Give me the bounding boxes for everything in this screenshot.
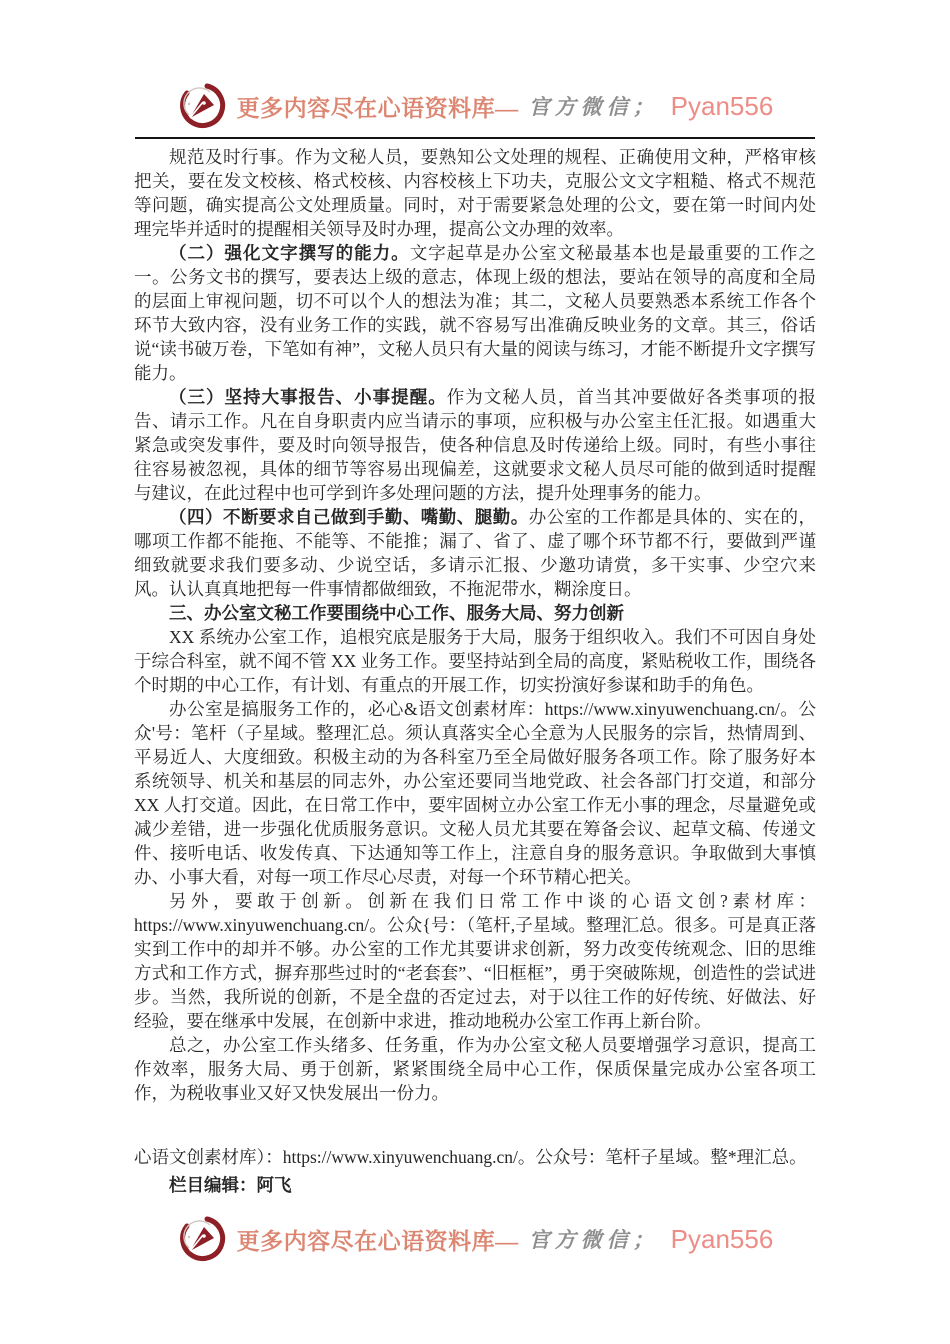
header-divider xyxy=(135,137,815,139)
paragraph: （四）不断要求自己做到手勤、嘴勤、腿勤。办公室的工作都是具体的、实在的，哪项工作… xyxy=(134,505,816,601)
banner-wechat-id: Pyan556 xyxy=(671,1224,774,1255)
pen-swirl-logo-icon xyxy=(177,1214,227,1264)
paragraph: 心语文创素材库）：https://www.xinyuwenchuang.cn/。… xyxy=(134,1145,816,1169)
paragraph: 栏目编辑：阿飞 xyxy=(134,1173,816,1197)
banner-wechat-label: 官方微信； xyxy=(529,91,659,121)
paragraph: 另外，要敢于创新。创新在我们日常工作中谈的心语文创?素材库：https://ww… xyxy=(134,889,816,1033)
section-heading: 三、办公室文秘工作要围绕中心工作、服务大局、努力创新 xyxy=(134,601,816,625)
paragraph: （三）坚持大事报告、小事提醒。作为文秘人员，首当其冲要做好各类事项的报告、请示工… xyxy=(134,385,816,505)
paragraph-lead: （二）强化文字撰写的能力。 xyxy=(169,243,410,263)
paragraph: （二）强化文字撰写的能力。文字起草是办公室文秘最基本也是最重要的工作之一。公务文… xyxy=(134,241,816,385)
banner-wechat-label: 官方微信； xyxy=(529,1224,659,1254)
paragraph: 规范及时行事。作为文秘人员，要熟知公文处理的规程、正确使用文种，严格审核把关，要… xyxy=(134,145,816,241)
banner-slogan: 更多内容尽在心语资料库— xyxy=(237,90,519,123)
paragraph-lead: （四）不断要求自己做到手勤、嘴勤、腿勤。 xyxy=(169,507,529,527)
pen-swirl-logo-icon xyxy=(177,81,227,131)
paragraph-lead: （三）坚持大事报告、小事提醒。 xyxy=(169,387,447,407)
paragraph: XX 系统办公室工作，追根究底是服务于大局，服务于组织收入。我们不可因自身处于综… xyxy=(134,625,816,697)
document-body: 规范及时行事。作为文秘人员，要熟知公文处理的规程、正确使用文种，严格审核把关，要… xyxy=(134,145,816,1197)
paragraph: 办公室是搞服务工作的，必心&语文创素材库：https://www.xinyuwe… xyxy=(134,697,816,889)
paragraph: 总之，办公室工作头绪多、任务重，作为办公室文秘人员要增强学习意识，提高工作效率，… xyxy=(134,1033,816,1105)
footer-banner: 更多内容尽在心语资料库— 官方微信； Pyan556 xyxy=(0,1213,950,1265)
banner-wechat-id: Pyan556 xyxy=(671,91,774,122)
banner-slogan: 更多内容尽在心语资料库— xyxy=(237,1223,519,1256)
header-banner: 更多内容尽在心语资料库— 官方微信； Pyan556 xyxy=(0,80,950,132)
document-page: 更多内容尽在心语资料库— 官方微信； Pyan556 规范及时行事。作为文秘人员… xyxy=(0,0,950,1265)
